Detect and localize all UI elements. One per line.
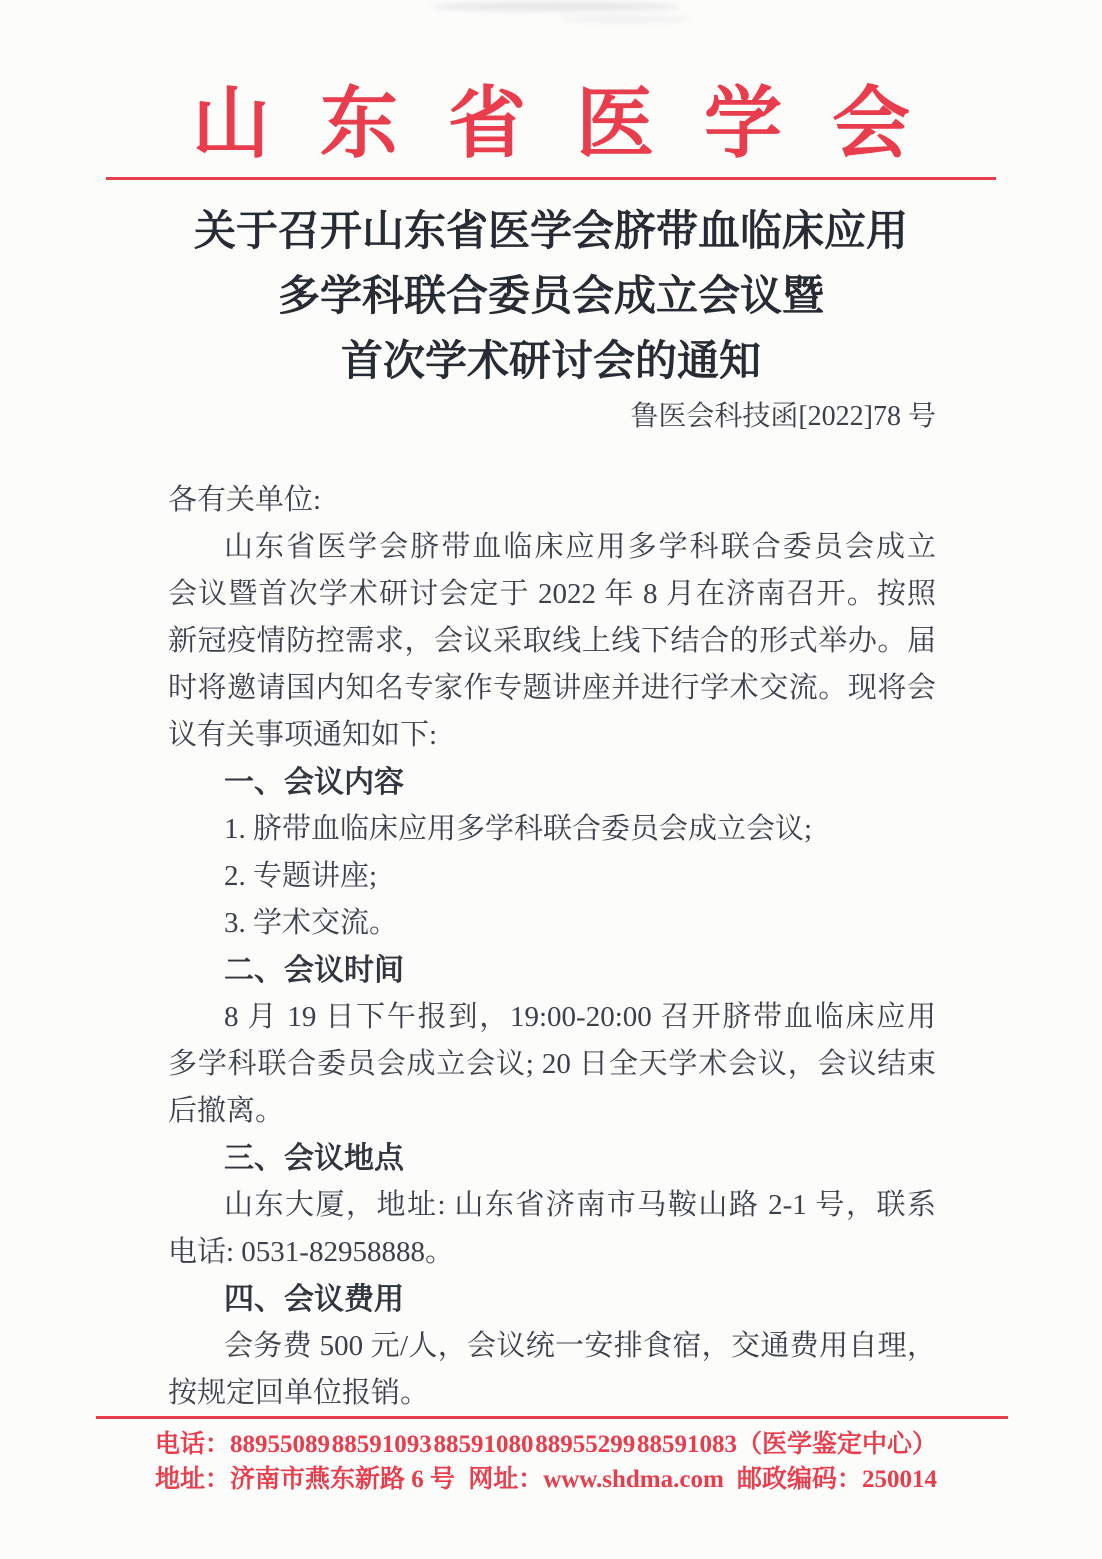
scan-artifact (430, 2, 680, 11)
body-line: 2. 专题讲座; (168, 853, 936, 900)
section-heading: 四、会议费用 (168, 1276, 936, 1323)
footer-segment: 电话：88955089 (155, 1427, 330, 1462)
footer-segment: 网址：www.shdma.com (468, 1462, 724, 1497)
footer-segment: 88591093 (332, 1427, 432, 1462)
section-heading: 二、会议时间 (168, 947, 936, 994)
section-heading: 一、会议内容 (168, 759, 936, 806)
footer-row-phones: 电话：8895508988591093885910808895529988591… (155, 1427, 937, 1462)
body-line: 时将邀请国内知名专家作专题讲座并进行学术交流。现将会 (168, 665, 936, 712)
letterhead-org-name: 山东省医学会 (0, 0, 1102, 164)
body-line: 按规定回单位报销。 (168, 1370, 936, 1417)
doc-title-line: 多学科联合委员会成立会议暨 (0, 265, 1102, 330)
footer-row-address: 地址：济南市燕东新路 6 号网址：www.shdma.com邮政编码：25001… (155, 1462, 937, 1497)
body-line: 后撤离。 (168, 1088, 936, 1135)
scan-artifact (560, 16, 690, 22)
footer-rule (96, 1416, 1008, 1419)
footer-segment: 88591080 (433, 1427, 533, 1462)
footer-segment: 88955299 (535, 1427, 635, 1462)
section-heading: 三、会议地点 (168, 1135, 936, 1182)
body-line: 电话: 0531-82958888。 (168, 1229, 936, 1276)
doc-reference-number: 鲁医会科技函[2022]78 号 (0, 399, 1102, 435)
footer-segment: 88591083（医学鉴定中心） (637, 1427, 937, 1462)
footer: 电话：8895508988591093885910808895529988591… (155, 1427, 937, 1497)
body-line: 会务费 500 元/人，会议统一安排食宿，交通费用自理， (168, 1323, 936, 1370)
footer-segment: 邮政编码：250014 (737, 1462, 937, 1497)
body-line: 各有关单位: (168, 477, 936, 524)
body-line: 新冠疫情防控需求，会议采取线上线下结合的形式举办。届 (168, 618, 936, 665)
document-page: 山东省医学会 关于召开山东省医学会脐带血临床应用 多学科联合委员会成立会议暨 首… (0, 0, 1102, 1559)
body-line: 1. 脐带血临床应用多学科联合委员会成立会议; (168, 806, 936, 853)
body-line: 8 月 19 日下午报到，19:00-20:00 召开脐带血临床应用 (168, 994, 936, 1041)
body-line: 多学科联合委员会成立会议; 20 日全天学术会议，会议结束 (168, 1041, 936, 1088)
body-line: 3. 学术交流。 (168, 900, 936, 947)
footer-segment: 地址：济南市燕东新路 6 号 (155, 1462, 455, 1497)
doc-body: 各有关单位:山东省医学会脐带血临床应用多学科联合委员会成立会议暨首次学术研讨会定… (168, 477, 936, 1417)
body-line: 会议暨首次学术研讨会定于 2022 年 8 月在济南召开。按照 (168, 571, 936, 618)
body-line: 山东大厦，地址: 山东省济南市马鞍山路 2-1 号，联系 (168, 1182, 936, 1229)
letterhead-rule (106, 177, 996, 180)
body-line: 议有关事项通知如下: (168, 712, 936, 759)
doc-title: 关于召开山东省医学会脐带血临床应用 多学科联合委员会成立会议暨 首次学术研讨会的… (0, 200, 1102, 395)
body-line: 山东省医学会脐带血临床应用多学科联合委员会成立 (168, 524, 936, 571)
doc-title-line: 首次学术研讨会的通知 (0, 330, 1102, 395)
doc-title-line: 关于召开山东省医学会脐带血临床应用 (0, 200, 1102, 265)
